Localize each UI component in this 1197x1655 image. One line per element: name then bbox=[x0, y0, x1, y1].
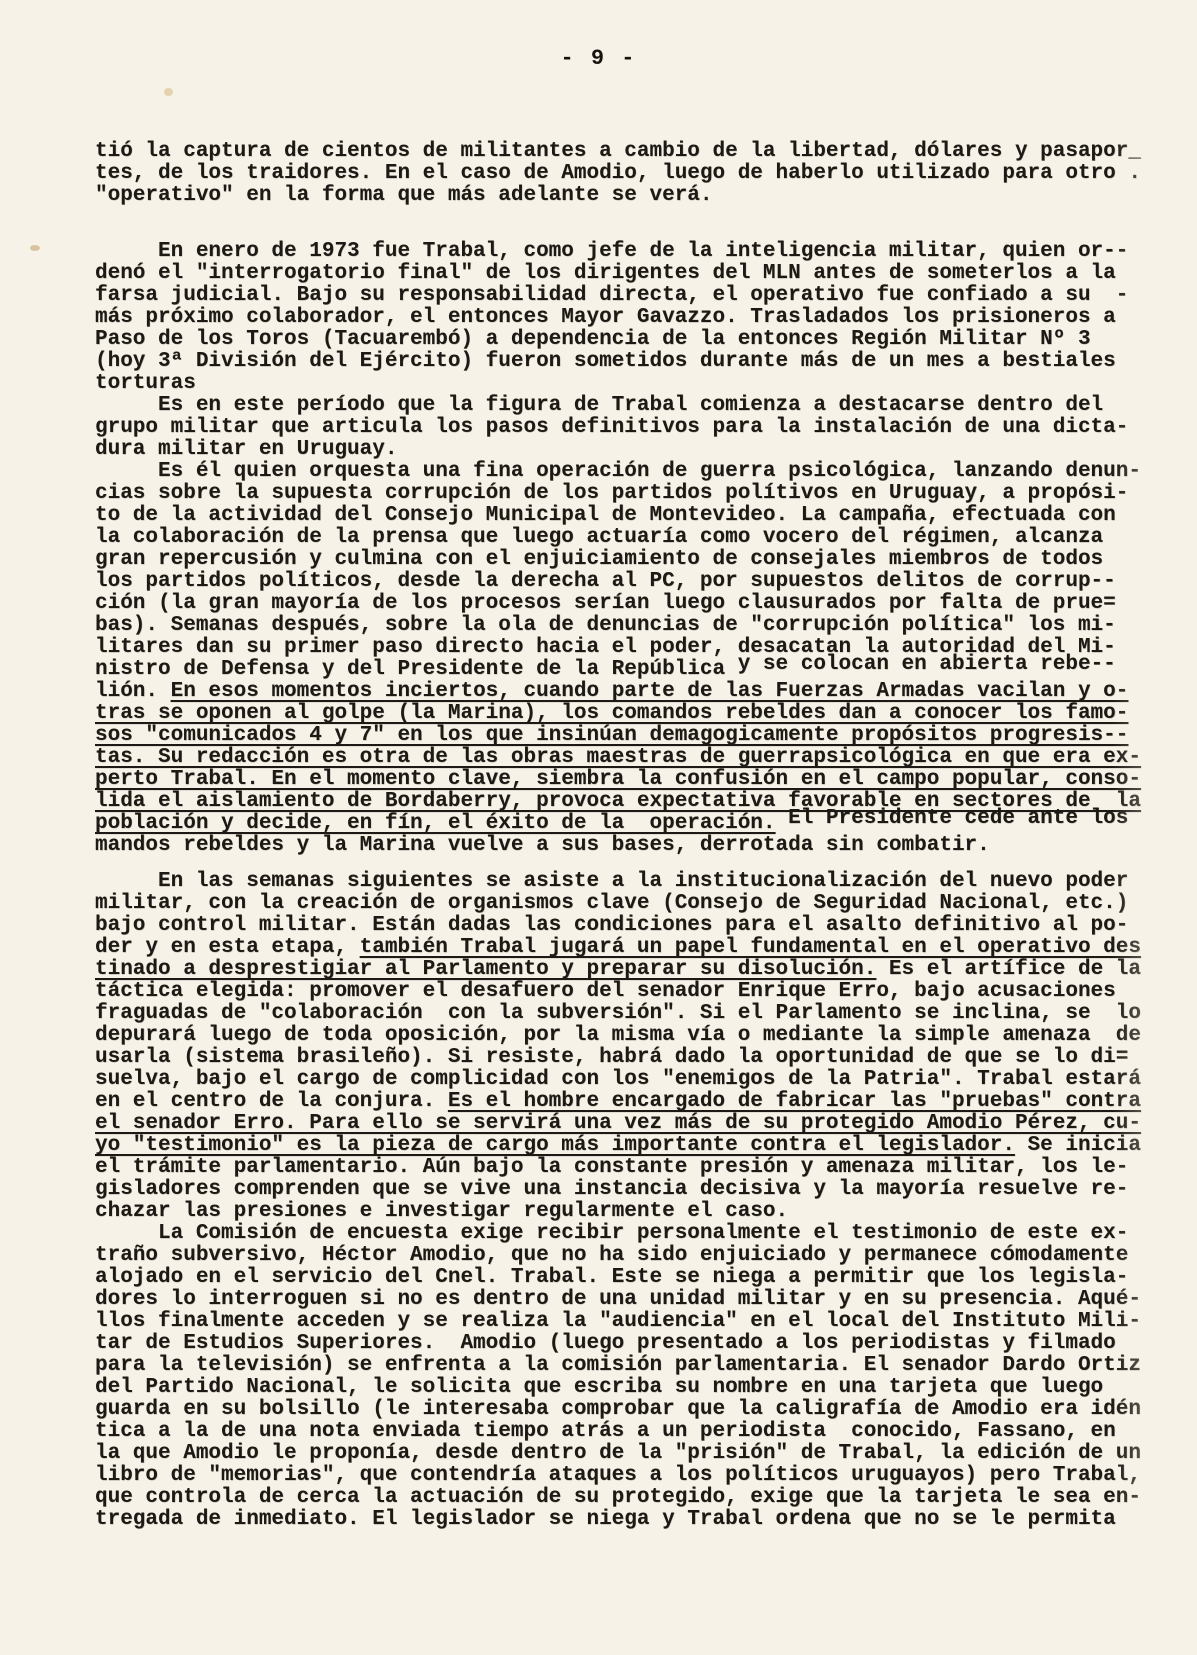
text-line: der y en esta etapa, también Trabal juga… bbox=[95, 937, 1175, 959]
underlined-text-segment: perto Trabal. En el momento clave, siemb… bbox=[95, 768, 1141, 791]
page-number: - 9 - bbox=[0, 46, 1197, 71]
text-segment: chazar las presiones e investigar regula… bbox=[95, 1200, 788, 1223]
text-line: militar, con la creación de organismos c… bbox=[95, 893, 1175, 915]
text-segment: más próximo colaborador, el entonces May… bbox=[95, 306, 1116, 329]
text-line: del Partido Nacional, le solicita que es… bbox=[95, 1377, 1175, 1399]
text-line: lión. En esos momentos inciertos, cuando… bbox=[95, 681, 1175, 703]
text-line: para la televisión) se enfrenta a la com… bbox=[95, 1355, 1175, 1377]
text-segment: llos finalmente acceden y se realiza la … bbox=[95, 1310, 1141, 1333]
text-line: suelva, bajo el cargo de complicidad con… bbox=[95, 1069, 1175, 1091]
text-line: dores lo interroguen si no es dentro de … bbox=[95, 1289, 1175, 1311]
text-segment: en el centro de la conjura. bbox=[95, 1090, 448, 1113]
text-segment: Paso de los Toros (Tacuarembó) a depende… bbox=[95, 328, 1091, 351]
text-segment: y se colocan en abierta rebe-- bbox=[738, 653, 1116, 676]
text-line: tes, de los traidores. En el caso de Amo… bbox=[95, 163, 1175, 185]
paper-speck bbox=[30, 245, 40, 251]
text-line: En las semanas siguientes se asiste a la… bbox=[95, 871, 1175, 893]
text-segment: farsa judicial. Bajo su responsabilidad … bbox=[95, 284, 1128, 307]
underlined-text-segment: tas. Su redacción es otra de las obras m… bbox=[95, 746, 1141, 769]
text-segment: tes, de los traidores. En el caso de Amo… bbox=[95, 162, 1141, 185]
text-segment: la colaboración de la prensa que luego a… bbox=[95, 526, 1103, 549]
text-line: táctica elegida: promover el desafuero d… bbox=[95, 981, 1175, 1003]
text-segment: el trámite parlamentario. Aún bajo la co… bbox=[95, 1156, 1128, 1179]
text-line: gisladores comprenden que se vive una in… bbox=[95, 1179, 1175, 1201]
text-line: gran repercusión y culmina con el enjuic… bbox=[95, 549, 1175, 571]
text-segment: tica a la de una nota enviada tiempo atr… bbox=[95, 1420, 1116, 1443]
text-line: torturas bbox=[95, 373, 1175, 395]
text-segment: alojado en el servicio del Cnel. Trabal.… bbox=[95, 1266, 1128, 1289]
text-line: tinado a desprestigiar al Parlamento y p… bbox=[95, 959, 1175, 981]
text-segment: libro de "memorias", que contendría ataq… bbox=[95, 1464, 1141, 1487]
underlined-text-segment: Es el hombre encargado de fabricar las "… bbox=[448, 1090, 1141, 1113]
text-line: más próximo colaborador, el entonces May… bbox=[95, 307, 1175, 329]
text-segment: que controla de cerca la actuación de su… bbox=[95, 1486, 1141, 1509]
text-segment: der y en esta etapa, bbox=[95, 936, 360, 959]
text-segment: Es en este período que la figura de Trab… bbox=[95, 394, 1103, 417]
text-segment: Es el artífice de la bbox=[876, 958, 1141, 981]
underlined-text-segment: yo "testimonio" es la pieza de cargo más… bbox=[95, 1134, 1015, 1157]
text-segment: traño subversivo, Héctor Amodio, que no … bbox=[95, 1244, 1128, 1267]
text-segment: suelva, bajo el cargo de complicidad con… bbox=[95, 1068, 1141, 1091]
text-line: En enero de 1973 fue Trabal, como jefe d… bbox=[95, 241, 1175, 263]
text-line: alojado en el servicio del Cnel. Trabal.… bbox=[95, 1267, 1175, 1289]
text-line: traño subversivo, Héctor Amodio, que no … bbox=[95, 1245, 1175, 1267]
text-line: farsa judicial. Bajo su responsabilidad … bbox=[95, 285, 1175, 307]
text-segment: ción (la gran mayoría de los procesos se… bbox=[95, 592, 1116, 615]
text-line: población y decide, en fín, el éxito de … bbox=[95, 813, 1175, 835]
text-line: nistro de Defensa y del Presidente de la… bbox=[95, 659, 1175, 681]
text-line: to de la actividad del Consejo Municipal… bbox=[95, 505, 1175, 527]
text-line: (hoy 3ª División del Ejército) fueron so… bbox=[95, 351, 1175, 373]
text-segment: En enero de 1973 fue Trabal, como jefe d… bbox=[95, 240, 1128, 263]
text-segment: la que Amodio le proponía, desde dentro … bbox=[95, 1442, 1141, 1465]
text-segment: bajo control militar. Están dadas las co… bbox=[95, 914, 1128, 937]
text-line: Paso de los Toros (Tacuarembó) a depende… bbox=[95, 329, 1175, 351]
underlined-text-segment: sos "comunicados 4 y 7" en los que insin… bbox=[95, 724, 1128, 747]
text-segment: gran repercusión y culmina con el enjuic… bbox=[95, 548, 1103, 571]
text-line: cias sobre la supuesta corrupción de los… bbox=[95, 483, 1175, 505]
text-segment: Es él quien orquesta una fina operación … bbox=[95, 460, 1141, 483]
text-line: bajo control militar. Están dadas las co… bbox=[95, 915, 1175, 937]
text-line: tregada de inmediato. El legislador se n… bbox=[95, 1509, 1175, 1531]
text-segment: denó el "interrogatorio final" de los di… bbox=[95, 262, 1116, 285]
text-line: dura militar en Uruguay. bbox=[95, 439, 1175, 461]
text-segment: del Partido Nacional, le solicita que es… bbox=[95, 1376, 1103, 1399]
text-segment: grupo militar que articula los pasos def… bbox=[95, 416, 1128, 439]
text-line: que controla de cerca la actuación de su… bbox=[95, 1487, 1175, 1509]
text-segment: dores lo interroguen si no es dentro de … bbox=[95, 1288, 1141, 1311]
text-segment: lión. bbox=[95, 680, 171, 703]
text-line: el senador Erro. Para ello se servirá un… bbox=[95, 1113, 1175, 1135]
document-body: tió la captura de cientos de militantes … bbox=[95, 141, 1175, 1531]
text-line: en el centro de la conjura. Es el hombre… bbox=[95, 1091, 1175, 1113]
text-segment: nistro de Defensa y del Presidente de la… bbox=[95, 658, 738, 681]
text-segment: guarda en su bolsillo (le interesaba com… bbox=[95, 1398, 1141, 1421]
text-line: tió la captura de cientos de militantes … bbox=[95, 141, 1175, 163]
text-segment: to de la actividad del Consejo Municipal… bbox=[95, 504, 1116, 527]
text-segment: El Presidente cede ante los bbox=[776, 807, 1129, 830]
underlined-text-segment: población y decide, en fín, el éxito de … bbox=[95, 812, 776, 835]
text-line: guarda en su bolsillo (le interesaba com… bbox=[95, 1399, 1175, 1421]
text-line: yo "testimonio" es la pieza de cargo más… bbox=[95, 1135, 1175, 1157]
text-line: ción (la gran mayoría de los procesos se… bbox=[95, 593, 1175, 615]
text-line: tica a la de una nota enviada tiempo atr… bbox=[95, 1421, 1175, 1443]
text-line: bas). Semanas después, sobre la ola de d… bbox=[95, 615, 1175, 637]
text-segment: los partidos políticos, desde la derecha… bbox=[95, 570, 1116, 593]
text-line: tras se oponen al golpe (la Marina), los… bbox=[95, 703, 1175, 725]
text-segment: fraguadas de "colaboración con la subver… bbox=[95, 1002, 1141, 1025]
underlined-text-segment: tinado a desprestigiar al Parlamento y p… bbox=[95, 958, 876, 981]
text-segment: bas). Semanas después, sobre la ola de d… bbox=[95, 614, 1116, 637]
text-line: tas. Su redacción es otra de las obras m… bbox=[95, 747, 1175, 769]
underlined-text-segment: el senador Erro. Para ello se servirá un… bbox=[95, 1112, 1141, 1135]
text-segment: gisladores comprenden que se vive una in… bbox=[95, 1178, 1128, 1201]
text-segment: militar, con la creación de organismos c… bbox=[95, 892, 1128, 915]
text-line: mandos rebeldes y la Marina vuelve a sus… bbox=[95, 835, 1175, 857]
text-segment: En las semanas siguientes se asiste a la… bbox=[95, 870, 1128, 893]
text-segment: depurará luego de toda oposición, por la… bbox=[95, 1024, 1141, 1047]
text-line: chazar las presiones e investigar regula… bbox=[95, 1201, 1175, 1223]
paper-speck bbox=[164, 88, 173, 96]
text-line: perto Trabal. En el momento clave, siemb… bbox=[95, 769, 1175, 791]
text-line: Es en este período que la figura de Trab… bbox=[95, 395, 1175, 417]
text-line: la que Amodio le proponía, desde dentro … bbox=[95, 1443, 1175, 1465]
text-segment: para la televisión) se enfrenta a la com… bbox=[95, 1354, 1141, 1377]
text-line: depurará luego de toda oposición, por la… bbox=[95, 1025, 1175, 1047]
underlined-text-segment: tras se oponen al golpe (la Marina), los… bbox=[95, 702, 1128, 725]
text-segment: La Comisión de encuesta exige recibir pe… bbox=[95, 1222, 1128, 1245]
text-segment: tar de Estudios Superiores. Amodio (lueg… bbox=[95, 1332, 1116, 1355]
text-line: grupo militar que articula los pasos def… bbox=[95, 417, 1175, 439]
text-segment: (hoy 3ª División del Ejército) fueron so… bbox=[95, 350, 1116, 373]
underlined-text-segment: también Trabal jugará un papel fundament… bbox=[360, 936, 1141, 959]
text-segment: dura militar en Uruguay. bbox=[95, 438, 397, 461]
text-line: fraguadas de "colaboración con la subver… bbox=[95, 1003, 1175, 1025]
text-line: "operativo" en la forma que más adelante… bbox=[95, 185, 1175, 207]
text-segment: mandos rebeldes y la Marina vuelve a sus… bbox=[95, 834, 990, 857]
text-segment: tregada de inmediato. El legislador se n… bbox=[95, 1508, 1116, 1531]
text-line: usarla (sistema brasileño). Si resiste, … bbox=[95, 1047, 1175, 1069]
underlined-text-segment: En esos momentos inciertos, cuando parte… bbox=[171, 680, 1129, 703]
text-segment: tió la captura de cientos de militantes … bbox=[95, 140, 1141, 163]
text-line: los partidos políticos, desde la derecha… bbox=[95, 571, 1175, 593]
text-segment: "operativo" en la forma que más adelante… bbox=[95, 184, 713, 207]
text-line: tar de Estudios Superiores. Amodio (lueg… bbox=[95, 1333, 1175, 1355]
text-segment: Se inicia bbox=[1015, 1134, 1141, 1157]
text-line: llos finalmente acceden y se realiza la … bbox=[95, 1311, 1175, 1333]
text-line: La Comisión de encuesta exige recibir pe… bbox=[95, 1223, 1175, 1245]
text-line: libro de "memorias", que contendría ataq… bbox=[95, 1465, 1175, 1487]
text-line: denó el "interrogatorio final" de los di… bbox=[95, 263, 1175, 285]
text-line: Es él quien orquesta una fina operación … bbox=[95, 461, 1175, 483]
text-segment: usarla (sistema brasileño). Si resiste, … bbox=[95, 1046, 1128, 1069]
text-segment: torturas bbox=[95, 372, 196, 395]
text-line: sos "comunicados 4 y 7" en los que insin… bbox=[95, 725, 1175, 747]
text-line: la colaboración de la prensa que luego a… bbox=[95, 527, 1175, 549]
text-segment: táctica elegida: promover el desafuero d… bbox=[95, 980, 1116, 1003]
text-segment: cias sobre la supuesta corrupción de los… bbox=[95, 482, 1128, 505]
text-line: el trámite parlamentario. Aún bajo la co… bbox=[95, 1157, 1175, 1179]
